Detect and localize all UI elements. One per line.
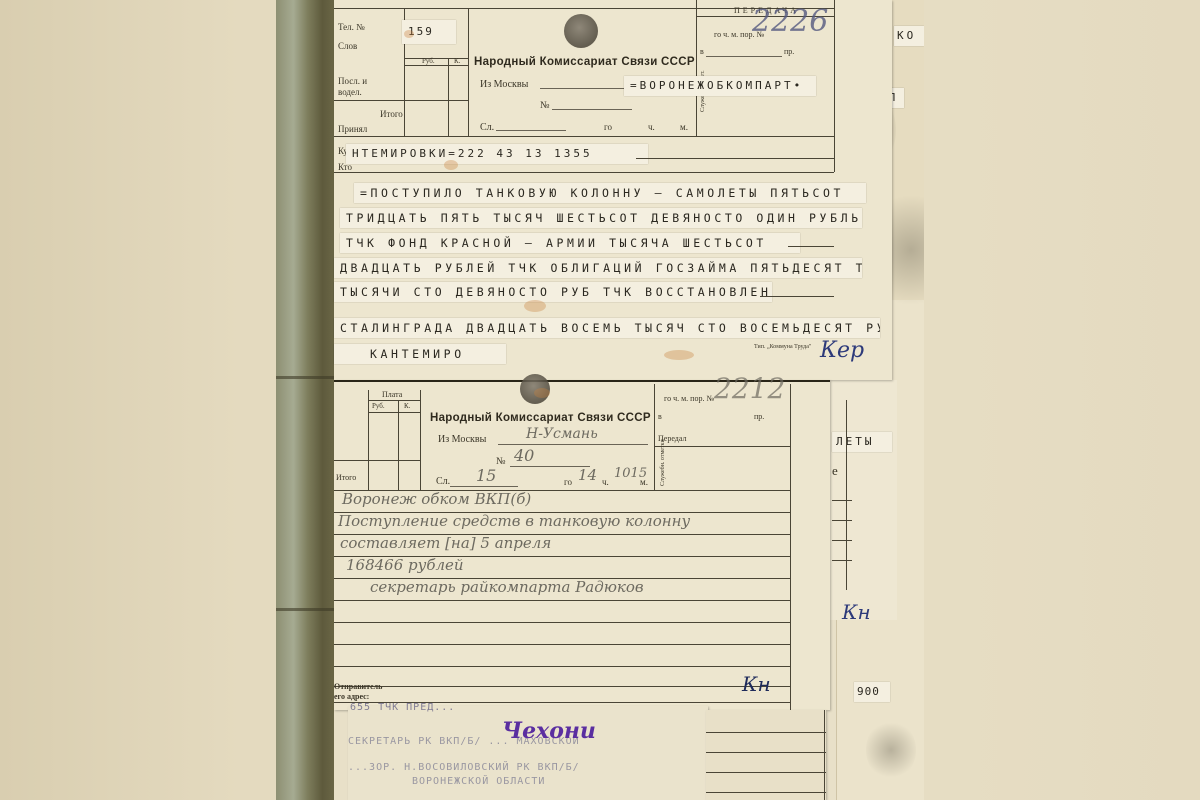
label-ch: ч.	[648, 122, 655, 132]
signature-initials-1: Кер	[820, 338, 864, 363]
transfer-row2-a: в	[700, 47, 704, 56]
label-from-moscow: Из Москвы	[480, 79, 528, 90]
telegram-2: Плата Руб. К. Итого Народный Комиссариат…	[334, 380, 830, 710]
handwritten-words: 15	[476, 466, 496, 485]
stamp-line-1: 655 ТЧК ПРЕД...	[350, 702, 455, 713]
handwritten-day: 14	[578, 466, 597, 484]
signature-tape: КАНТЕМИРО	[334, 344, 506, 364]
form-title: Народный Комиссариат Связи СССР	[474, 56, 695, 68]
document-scan: КО ЕЛ ЛЕТЫ е 900 Кн Тел. № Слов Руб. К. …	[276, 0, 924, 800]
fragment-initials: Кн	[842, 600, 871, 624]
stamp-line-4: ВОРОНЕЖСКОЙ ОБЛАСТИ	[412, 776, 545, 787]
message-line-4: 168466 рублей	[346, 556, 464, 574]
label-sender: Отправитель	[334, 682, 382, 691]
binder-strip	[276, 0, 334, 800]
label-payment: Плата	[382, 390, 402, 399]
handwritten-number: 40	[514, 446, 534, 465]
label-post2: водел.	[338, 87, 362, 97]
fragment-number-900: 900	[854, 682, 890, 702]
message-line-5: секретарь райкомпарта Радюков	[370, 578, 644, 596]
label-sender-2: его адрес:	[334, 692, 369, 701]
violet-signature: Чехони	[502, 718, 596, 744]
transfer-row1-2: го ч. м. пор. №	[664, 394, 714, 403]
ussr-emblem-icon	[564, 14, 598, 48]
message-line-2: Поступление средств в танковую колонну	[338, 512, 690, 530]
label-number-2: №	[496, 456, 506, 467]
label-m-2: м.	[640, 477, 648, 487]
initials-kn: Кн	[742, 672, 771, 696]
label-sl-2: Сл.	[436, 476, 450, 487]
fragment-tape-lety: ЛЕТЫ	[832, 432, 892, 452]
label-received: Принял	[338, 124, 367, 134]
label-kop: К.	[454, 57, 460, 65]
label-sl: Сл.	[480, 122, 494, 133]
service-marks-2: Служебн. отметки	[660, 439, 666, 486]
label-rub: Руб.	[422, 57, 435, 65]
form-title-2: Народный Комиссариат Связи СССР	[430, 412, 651, 424]
pencil-number-2: 2212	[714, 372, 785, 405]
transfer-row2-b: пр.	[784, 47, 794, 56]
pencil-number: 2226	[752, 4, 828, 39]
label-ch-2: ч.	[602, 477, 609, 487]
handwritten-from: Н-Усмань	[526, 426, 598, 442]
label-total: Итого	[380, 109, 403, 119]
label-number: №	[540, 100, 550, 111]
label-go-2: го	[564, 477, 572, 487]
message-line-3: составляет [на] 5 апреля	[340, 534, 551, 552]
label-rub-2: Руб.	[372, 402, 385, 410]
address-tape: =ВОРОНЕЖОБКОМПАРТ•	[624, 76, 816, 96]
body-tape-5: ТЫСЯЧИ СТО ДЕВЯНОСТО РУБ ТЧК ВОССТАНОВЛЕ…	[334, 282, 772, 302]
message-line-1: Воронеж обком ВКП(б)	[342, 490, 531, 508]
header-tape: НТЕМИРОВКИ=222 43 13 1355	[346, 144, 648, 164]
telegram-3-partial: 655 ТЧК ПРЕД... СЕКРЕТАРЬ РК ВКП/Б/ ... …	[348, 706, 708, 800]
label-total-2: Итого	[336, 473, 356, 482]
label-from-moscow-2: Из Москвы	[438, 434, 486, 445]
fragment-tape-ko: КО	[894, 26, 924, 46]
label-m: м.	[680, 122, 688, 132]
body-tape-1: =ПОСТУПИЛО ТАНКОВУЮ КОЛОННУ — САМОЛЕТЫ П…	[354, 183, 866, 203]
stamp-line-3: ...ЗОР. Н.ВОСОВИЛОВСКИЙ РК ВКП/Б/	[348, 762, 580, 773]
telegram-3-side	[706, 710, 826, 800]
body-tape-4: ДВАДЦАТЬ РУБЛЕЙ ТЧК ОБЛИГАЦИЙ ГОСЗАЙМА П…	[334, 258, 862, 278]
label-words: Слов	[338, 41, 357, 51]
label-kop-2: К.	[404, 402, 410, 410]
label-go: го	[604, 122, 612, 132]
fragment-letter-e: е	[832, 463, 838, 479]
printer-note: Тип. „Коммуна Труда"	[754, 344, 811, 350]
body-tape-2: ТРИДЦАТЬ ПЯТЬ ТЫСЯЧ ШЕСТЬСОТ ДЕВЯНОСТО О…	[340, 208, 862, 228]
transfer-row2-b-2: пр.	[754, 412, 764, 421]
body-tape-3: ТЧК ФОНД КРАСНОЙ — АРМИИ ТЫСЯЧА ШЕСТЬСОТ	[340, 233, 800, 253]
telegram-1: Тел. № Слов Руб. К. Посл. и водел. Итого…	[334, 0, 892, 380]
body-tape-6: СТАЛИНГРАДА ДВАДЦАТЬ ВОСЕМЬ ТЫСЯЧ СТО ВО…	[334, 318, 880, 338]
label-post: Посл. и	[338, 76, 367, 86]
transfer-row2-a-2: в	[658, 412, 662, 421]
label-tel-no: Тел. №	[338, 22, 365, 32]
